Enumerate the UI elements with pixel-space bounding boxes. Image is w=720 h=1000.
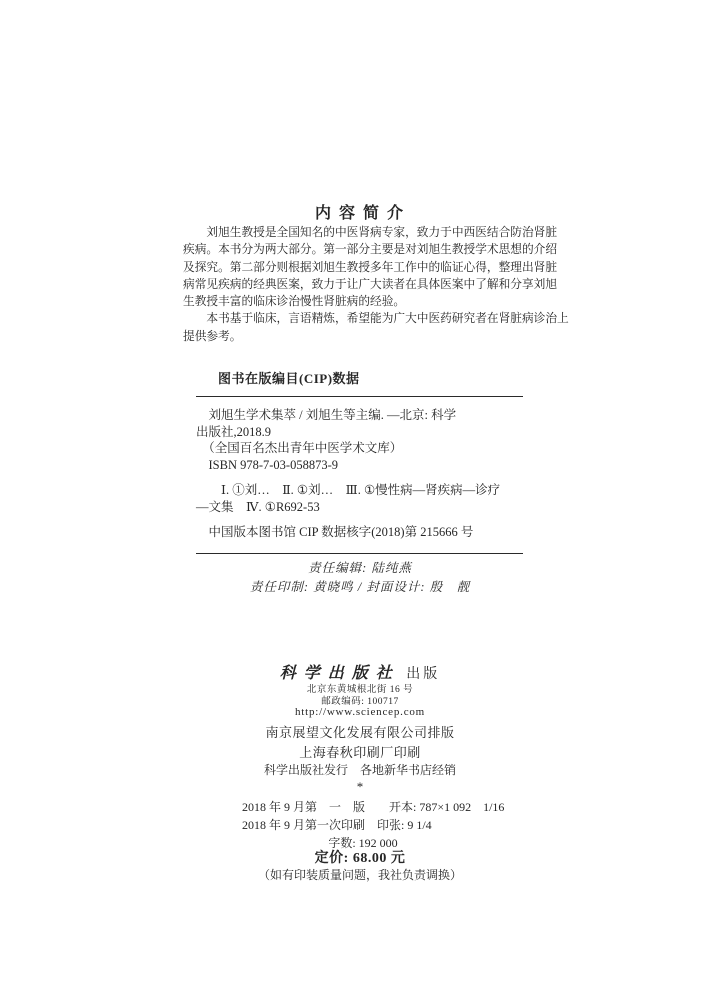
cip-section: 图书在版编目(CIP)数据 刘旭生学术集萃 / 刘旭生等主编. —北京: 科学 … — [196, 368, 523, 554]
printer-line: 上海春秋印刷厂印刷 — [0, 742, 720, 761]
cip-record-line: （全国百名杰出青年中医学术文库） — [196, 440, 523, 457]
separator-star: * — [0, 779, 720, 795]
intro-line: 提供参考。 — [183, 328, 565, 345]
typesetter-line: 南京展望文化发展有限公司排版 — [0, 722, 720, 741]
cip-class-line: —文集 Ⅳ. ①R692-53 — [196, 499, 523, 516]
impression-line: 2018 年 9 月第一次印刷 印张: 9 1/4 — [242, 817, 484, 834]
press-logo-line: 科学出版社 出版 — [0, 660, 720, 683]
cip-header: 图书在版编目(CIP)数据 — [196, 368, 523, 396]
press-logo: 科学出版社 — [280, 665, 400, 682]
press-suffix-label: 出版 — [400, 667, 441, 682]
cip-record-line: ISBN 978-7-03-058873-9 — [196, 457, 523, 474]
credits-print-design-line: 责任印制: 黄晓鸣 / 封面设计: 殷 靓 — [0, 577, 720, 595]
intro-line: 病常见疾病的经典医案，致力于让广大读者在具体医案中了解和分享刘旭 — [183, 276, 565, 293]
cip-record-line: 出版社,2018.9 — [196, 424, 523, 441]
intro-line: 本书基于临床，言语精炼，希望能为广大中医药研究者在肾脏病诊治上 — [183, 310, 565, 327]
intro-line: 生教授丰富的临床诊治慢性肾脏病的经验。 — [183, 293, 565, 310]
intro-title: 内 容 简 介 — [0, 200, 720, 223]
cip-body: 刘旭生学术集萃 / 刘旭生等主编. —北京: 科学 出版社,2018.9 （全国… — [196, 396, 523, 554]
edition-line: 2018 年 9 月第 一 版 开本: 787×1 092 1/16 — [242, 799, 484, 816]
intro-paragraph: 刘旭生教授是全国知名的中医肾病专家，致力于中西医结合防治肾脏 疾病。本书分为两大… — [183, 224, 565, 345]
press-website: http://www.sciencep.com — [0, 706, 720, 718]
intro-line: 及探究。第二部分则根据刘旭生教授多年工作中的临证心得，整理出肾脏 — [183, 259, 565, 276]
copyright-page: 内 容 简 介 刘旭生教授是全国知名的中医肾病专家，致力于中西医结合防治肾脏 疾… — [0, 0, 720, 1000]
edition-info-block: 2018 年 9 月第 一 版 开本: 787×1 092 1/16 2018 … — [242, 799, 484, 852]
press-postcode: 邮政编码: 100717 — [0, 693, 720, 707]
cip-class-line: Ⅰ. ①刘… Ⅱ. ①刘… Ⅲ. ①慢性病—肾疾病—诊疗 — [196, 482, 523, 499]
cip-record-line: 刘旭生学术集萃 / 刘旭生等主编. —北京: 科学 — [196, 407, 523, 424]
intro-line: 刘旭生教授是全国知名的中医肾病专家，致力于中西医结合防治肾脏 — [183, 224, 565, 241]
credits-editor-line: 责任编辑: 陆纯燕 — [0, 558, 720, 576]
price-line: 定价: 68.00 元 — [0, 847, 720, 867]
intro-line: 疾病。本书分为两大部分。第一部分主要是对刘旭生教授学术思想的介绍 — [183, 241, 565, 258]
cip-registry-line: 中国版本图书馆 CIP 数据核字(2018)第 215666 号 — [196, 524, 523, 541]
distribution-line: 科学出版社发行 各地新华书店经销 — [0, 761, 720, 778]
exchange-notice: （如有印装质量问题，我社负责调换） — [0, 866, 720, 883]
